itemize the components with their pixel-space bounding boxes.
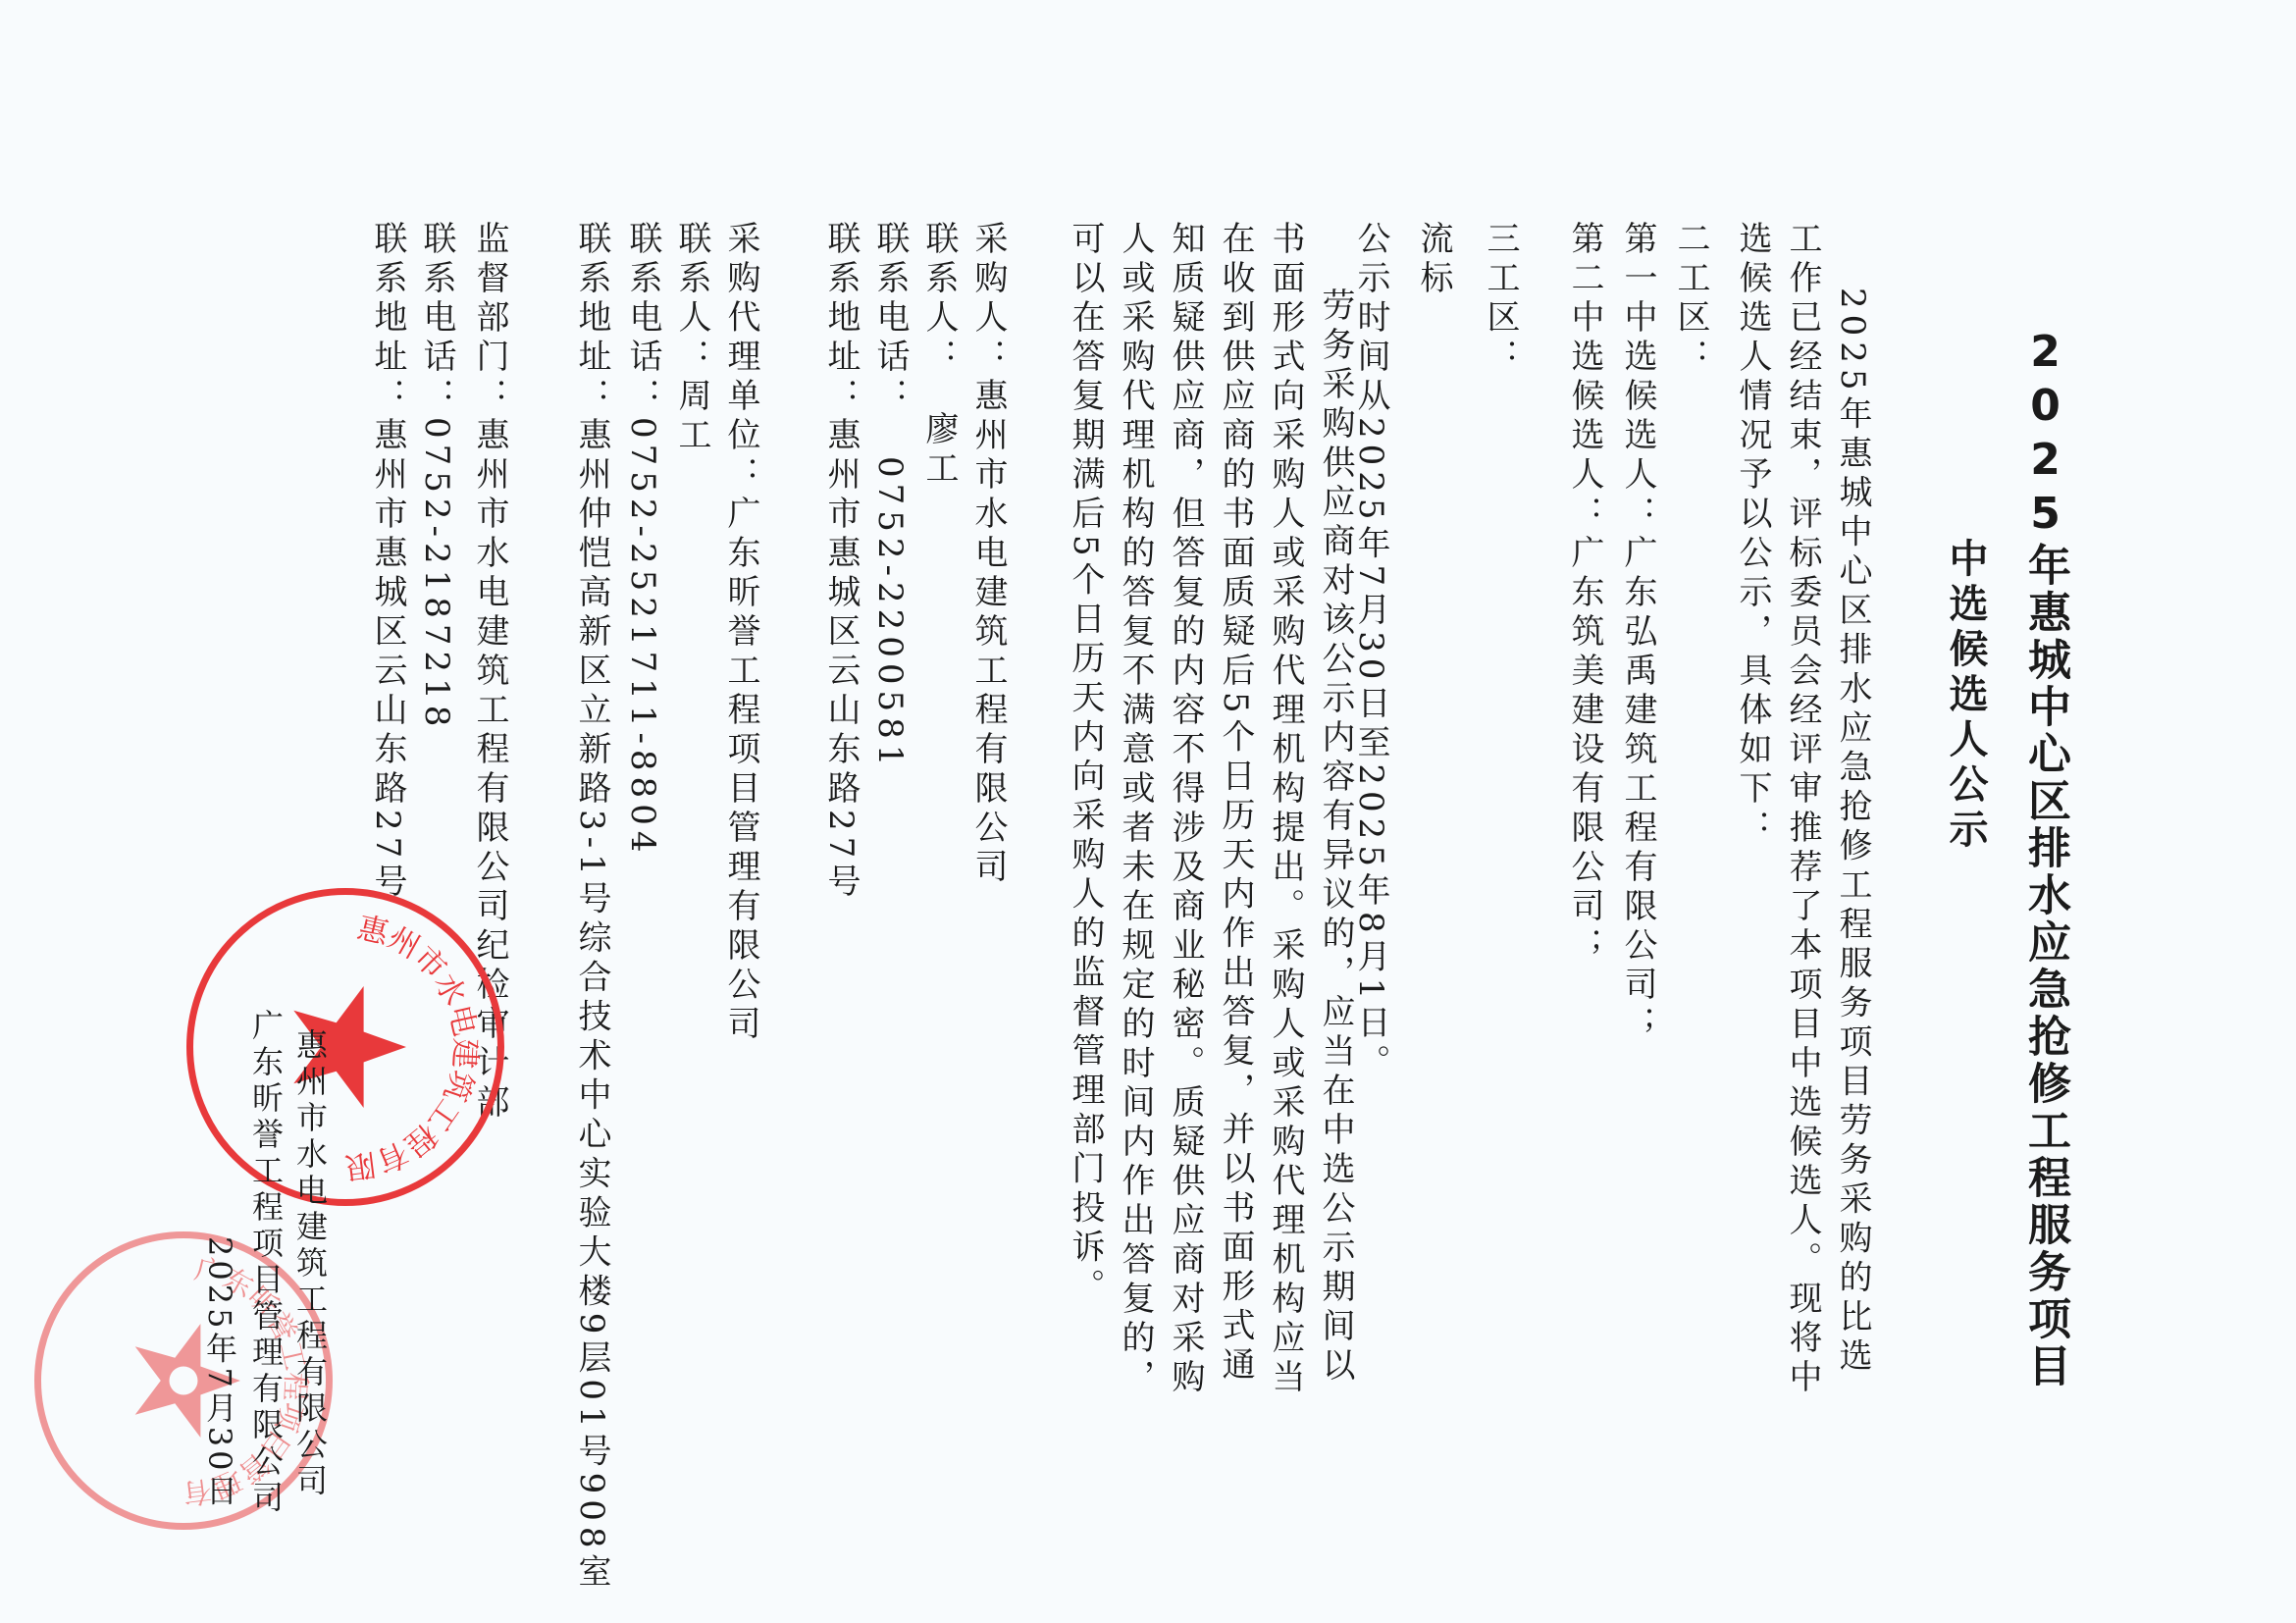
agent-address-label: 联系地址： bbox=[572, 221, 611, 417]
agent-phone-row: 联系电话：0752-2521711-8804 bbox=[626, 221, 659, 858]
agent-contact-row: 联系人：周工 bbox=[675, 221, 708, 456]
agent-address: 惠州仲恺高新区立新路3-1号综合技术中心实验大楼9层01号908室 bbox=[572, 417, 611, 1594]
agent-name-row: 采购代理单位：广东昕誉工程项目管理有限公司 bbox=[724, 221, 757, 1045]
purchaser-address-label: 联系地址： bbox=[821, 221, 861, 417]
intro-paragraph: 2025年惠城中心区排水应急抢修工程服务项目劳务采购的比选工作已经结束，评标委员… bbox=[1727, 221, 1877, 1408]
agent-name-label: 采购代理单位： bbox=[721, 221, 760, 496]
purchaser-name-label: 采购人： bbox=[968, 221, 1008, 378]
purchaser-phone-row: 联系电话：0752-2200581 bbox=[873, 221, 907, 771]
purchaser-address: 惠州市惠城区云山东路27号 bbox=[821, 417, 861, 903]
complaint-notice: 劳务采购供应商对该公示内容有异议的，应当在中选公示期间以书面形式向采购人或采购代… bbox=[1060, 221, 1360, 1398]
purchaser-contact-row: 联系人：廖工 bbox=[922, 221, 956, 490]
supervisor-phone-row: 联系电话：0752-2187218 bbox=[420, 221, 453, 732]
purchaser-name-row: 采购人：惠州市水电建筑工程有限公司 bbox=[971, 221, 1005, 888]
signature-org2: 广东昕誉工程项目管理有限公司 bbox=[250, 1009, 282, 1517]
purchaser-contact-label: 联系人： bbox=[919, 221, 959, 378]
document-title: 2025年惠城中心区排水应急抢修工程服务项目 bbox=[2013, 327, 2076, 1390]
purchaser-contact: 廖工 bbox=[919, 411, 959, 490]
supervisor-address-row: 联系地址：惠州市惠城区云山东路27号 bbox=[371, 221, 404, 903]
purchaser-phone: 0752-2200581 bbox=[870, 417, 910, 771]
supervisor-name-label: 监督部门： bbox=[470, 221, 509, 417]
supervisor-address: 惠州市惠城区云山东路27号 bbox=[368, 417, 407, 903]
agent-phone: 0752-2521711-8804 bbox=[623, 417, 662, 858]
signature-org1: 惠州市水电建筑工程有限公司 bbox=[294, 1028, 326, 1500]
agent-phone-label: 联系电话： bbox=[623, 221, 662, 417]
agent-address-row: 联系地址：惠州仲恺高新区立新路3-1号综合技术中心实验大楼9层01号908室 bbox=[575, 221, 608, 1594]
signature-date: 2025年7月30日 bbox=[204, 1236, 235, 1510]
candidate-first: 第一中选候选人：广东弘禹建筑工程有限公司； bbox=[1621, 221, 1654, 1045]
purchaser-name: 惠州市水电建筑工程有限公司 bbox=[968, 378, 1008, 888]
supervisor-phone: 0752-2187218 bbox=[417, 417, 456, 732]
section-heading-2: 二工区： bbox=[1674, 221, 1707, 378]
supervisor-address-label: 联系地址： bbox=[368, 221, 407, 417]
document-subtitle: 中选候选人公示 bbox=[1938, 538, 1994, 854]
supervisor-name: 惠州市水电建筑工程有限公司纪检审计部 bbox=[470, 417, 509, 1124]
seal-purchaser: 惠州市水电建筑工程有限公司 bbox=[186, 888, 504, 1206]
document-page: 2025年惠城中心区排水应急抢修工程服务项目 中选候选人公示 2025年惠城中心… bbox=[0, 0, 2296, 1623]
seal-agent: 广东昕誉工程项目管理有限公司 bbox=[34, 1231, 333, 1530]
agent-contact-label: 联系人： bbox=[672, 221, 711, 378]
supervisor-phone-label: 联系电话： bbox=[417, 221, 456, 417]
agent-name: 广东昕誉工程项目管理有限公司 bbox=[721, 496, 760, 1045]
star-icon: 惠州市水电建筑工程有限公司 bbox=[193, 895, 497, 1199]
section-3-result: 流标 bbox=[1417, 221, 1450, 299]
purchaser-phone-label: 联系电话： bbox=[870, 221, 910, 417]
section-heading-3: 三工区： bbox=[1484, 221, 1517, 378]
supervisor-name-row: 监督部门：惠州市水电建筑工程有限公司纪检审计部 bbox=[473, 221, 506, 1124]
candidate-second: 第二中选候选人：广东筑美建设有限公司； bbox=[1568, 221, 1601, 967]
purchaser-address-row: 联系地址：惠州市惠城区云山东路27号 bbox=[824, 221, 858, 903]
agent-contact: 周工 bbox=[672, 378, 711, 456]
